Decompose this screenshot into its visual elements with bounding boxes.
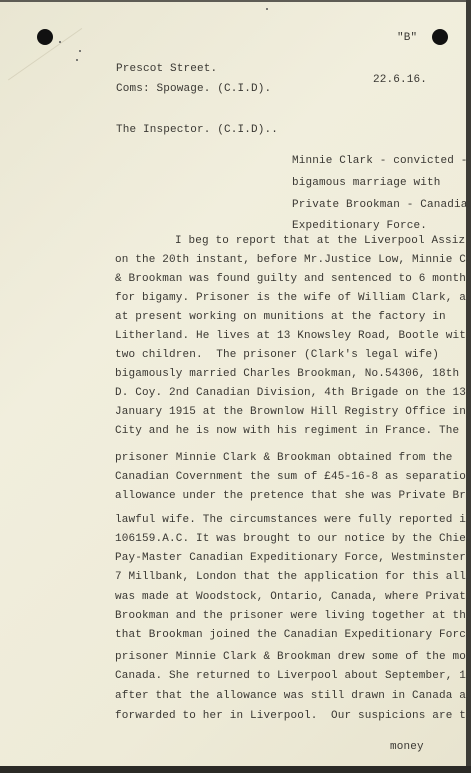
body-line: lawful wife. The circumstances were full…: [115, 515, 466, 526]
body-line: & Brookman was found guilty and sentence…: [115, 274, 466, 285]
body-line: Pay-Master Canadian Expeditionary Force,…: [115, 553, 466, 564]
scan-edge-bottom: [0, 766, 471, 773]
body-line: City and he is now with his regiment in …: [115, 426, 459, 437]
body-line: Litherland. He lives at 13 Knowsley Road…: [115, 331, 466, 342]
body-line: 106159.A.C. It was brought to our notice…: [115, 534, 466, 545]
body-line: I beg to report that at the Liverpool As…: [175, 236, 466, 247]
body-line: allowance under the pretence that she wa…: [115, 491, 466, 502]
body-line: Brookman and the prisoner were living to…: [115, 611, 466, 622]
punch-hole-left-icon: [37, 29, 53, 45]
document-mark: "B": [397, 33, 417, 44]
speck: [266, 8, 268, 10]
body-line: Canada. She returned to Liverpool about …: [115, 671, 466, 682]
body-line: bigamously married Charles Brookman, No.…: [115, 369, 466, 380]
subject-line: bigamous marriage with: [292, 178, 441, 189]
subject-line: Expeditionary Force.: [292, 221, 427, 232]
body-line: that Brookman joined the Canadian Expedi…: [115, 630, 466, 641]
body-line: two children. The prisoner (Clark's lega…: [115, 350, 439, 361]
body-line: January 1915 at the Brownlow Hill Regist…: [115, 407, 466, 418]
catchword: money: [390, 742, 424, 753]
subject-line: Private Brookman - Canadian: [292, 200, 466, 211]
body-line: was made at Woodstock, Ontario, Canada, …: [115, 592, 466, 603]
body-line: at present working on munitions at the f…: [115, 312, 446, 323]
body-line: on the 20th instant, before Mr.Justice L…: [115, 255, 466, 266]
scan-edge-top: [0, 0, 471, 2]
punch-hole-right-icon: [432, 29, 448, 45]
speck: [79, 50, 81, 52]
addressee: The Inspector. (C.I.D)..: [116, 125, 278, 136]
body-line: D. Coy. 2nd Canadian Division, 4th Briga…: [115, 388, 466, 399]
speck: [59, 41, 61, 43]
scan-edge-right: [466, 0, 471, 773]
body-line: forwarded to her in Liverpool. Our suspi…: [115, 711, 466, 722]
sender-address: Prescot Street.: [116, 64, 217, 75]
speck: [76, 59, 78, 61]
body-line: 7 Millbank, London that the application …: [115, 572, 466, 583]
body-line: after that the allowance was still drawn…: [115, 691, 466, 702]
officer-line: Coms: Spowage. (C.I.D).: [116, 84, 271, 95]
document-date: 22.6.16.: [373, 75, 427, 86]
body-line: for bigamy. Prisoner is the wife of Will…: [115, 293, 466, 304]
body-line: prisoner Minnie Clark & Brookman drew so…: [115, 652, 466, 663]
document-page: "B" Prescot Street. 22.6.16. Coms: Spowa…: [0, 0, 466, 766]
body-line: prisoner Minnie Clark & Brookman obtaine…: [115, 453, 453, 464]
body-line: Canadian Covernment the sum of £45-16-8 …: [115, 472, 466, 483]
subject-line: Minnie Clark - convicted -: [292, 156, 466, 167]
